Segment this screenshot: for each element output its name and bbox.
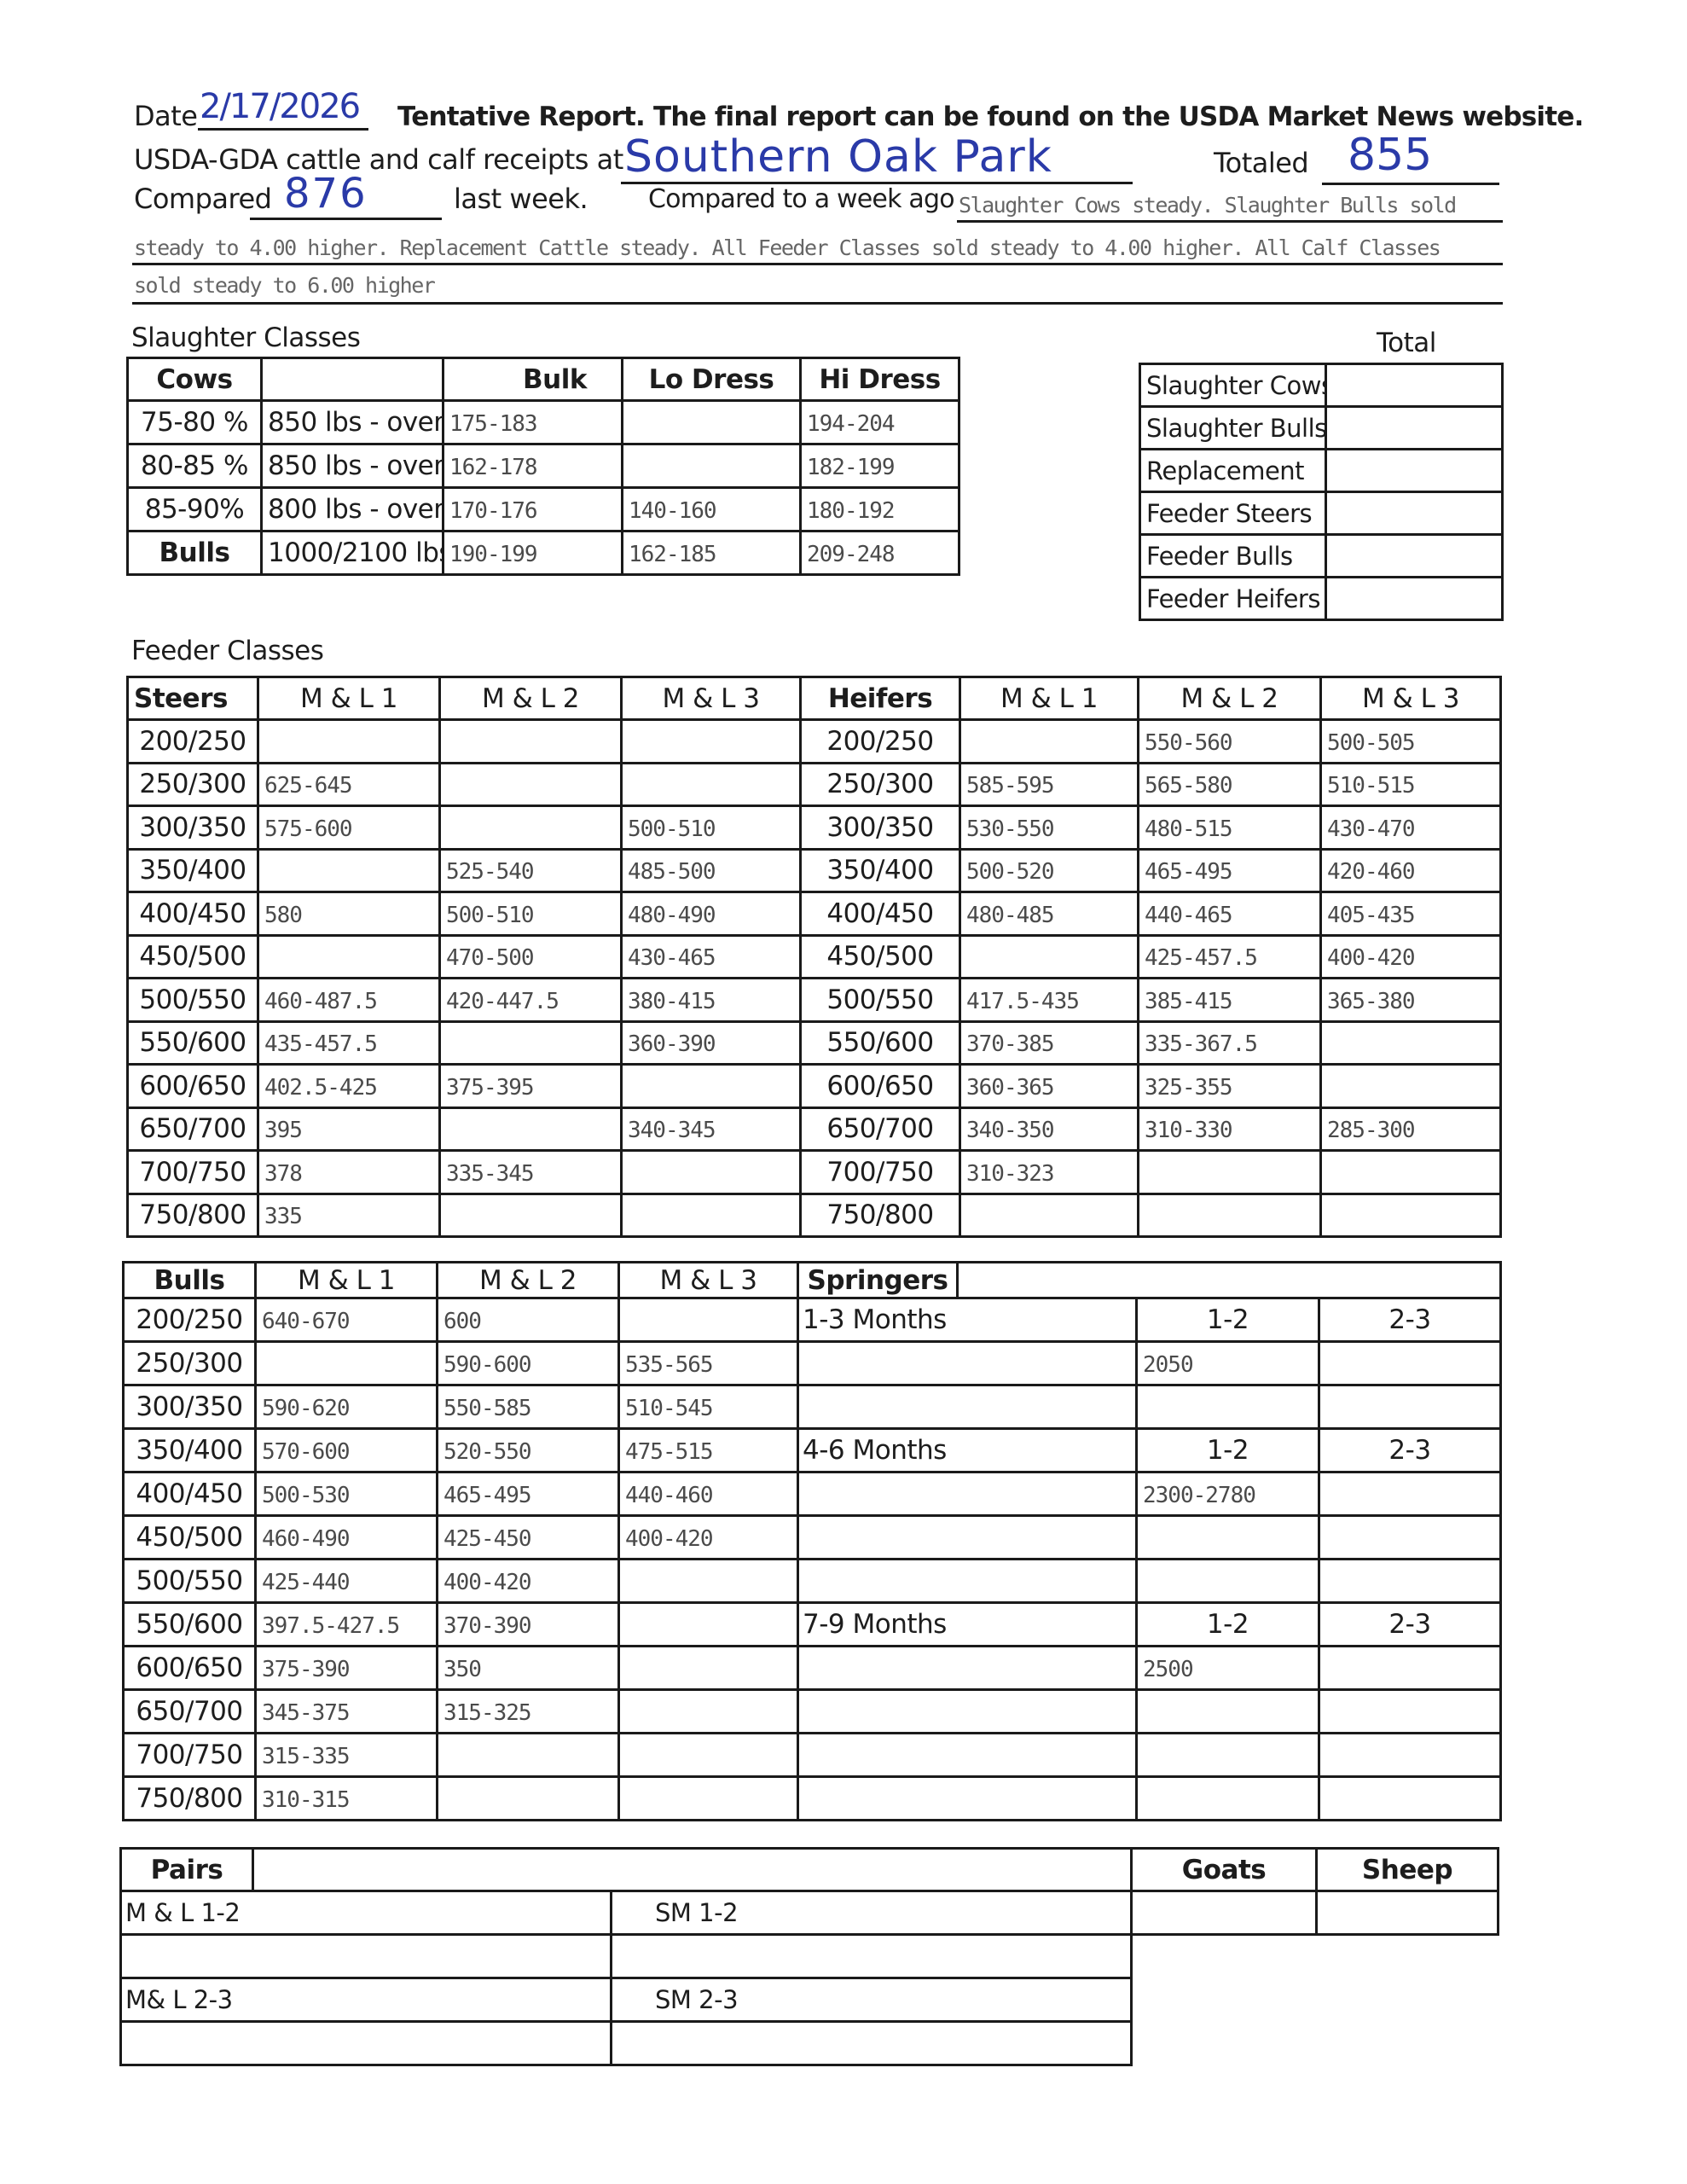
- springers-grade-2-3-cell[interactable]: [1319, 1734, 1501, 1777]
- pairs-title: Pairs: [121, 1849, 253, 1891]
- bulls-ml3-cell[interactable]: [619, 1734, 798, 1777]
- steers-ml1-cell[interactable]: 435-457.5: [258, 1021, 440, 1065]
- slaughter-lo-dress-cell[interactable]: [623, 444, 801, 488]
- col-header-bulls: Bulls: [124, 1263, 256, 1298]
- steers-ml2-cell[interactable]: [440, 1107, 622, 1151]
- heifers-ml2-cell[interactable]: [1139, 1151, 1321, 1194]
- steers-ml3-cell[interactable]: [622, 763, 801, 806]
- steers-ml3-cell[interactable]: [622, 1151, 801, 1194]
- totals-value-cell[interactable]: [1326, 364, 1503, 407]
- slaughter-lo-dress-cell[interactable]: 140-160: [623, 488, 801, 531]
- summary-line-1[interactable]: Slaughter Cows steady. Slaughter Bulls s…: [957, 189, 1503, 223]
- bulls-ml1-cell[interactable]: 345-375: [256, 1690, 438, 1734]
- springers-grade-1-2-cell[interactable]: [1137, 1516, 1319, 1560]
- heifers-ml1-cell[interactable]: 585-595: [960, 763, 1139, 806]
- feeder-row: 450/500470-500430-465450/500425-457.5400…: [128, 935, 1501, 979]
- heifers-ml1-cell-value: 530-550: [966, 816, 1054, 842]
- steers-ml1-cell[interactable]: 378: [258, 1151, 440, 1194]
- bulls-ml1-cell-value: 570-600: [262, 1439, 350, 1465]
- steers-ml3-cell[interactable]: [622, 1065, 801, 1108]
- summary-line-3[interactable]: sold steady to 6.00 higher: [132, 268, 1503, 305]
- totals-row: Feeder Steers: [1140, 492, 1503, 535]
- bulls-ml2-cell-value: 590-600: [443, 1352, 531, 1378]
- heifers-ml2-cell[interactable]: 465-495: [1139, 849, 1321, 892]
- bulls-ml3-cell[interactable]: 475-515: [619, 1429, 798, 1472]
- bulls-row: 500/550425-440400-420: [124, 1560, 1501, 1603]
- steers-ml3-cell-value: 380-415: [628, 989, 716, 1014]
- bulls-ml2-cell[interactable]: 315-325: [438, 1690, 619, 1734]
- heifers-ml2-cell-value: 325-355: [1145, 1075, 1232, 1101]
- pairs-row: M & L 1-2SM 1-2: [121, 1891, 1499, 1935]
- bulls-ml3-cell[interactable]: [619, 1560, 798, 1603]
- bulls-ml1-cell-value: 315-335: [262, 1744, 350, 1769]
- heifers-ml3-cell[interactable]: 405-435: [1321, 892, 1501, 936]
- steers-ml3-cell[interactable]: 500-510: [622, 806, 801, 850]
- steers-ml3-cell[interactable]: [622, 1194, 801, 1237]
- bulls-ml3-cell[interactable]: 510-545: [619, 1385, 798, 1429]
- heifers-ml3-cell[interactable]: [1321, 1021, 1501, 1065]
- slaughter-lo-dress-cell-value: 140-160: [629, 498, 716, 524]
- springers-grade-2-3-cell: 2-3: [1319, 1429, 1501, 1472]
- bulls-ml3-cell[interactable]: 535-565: [619, 1342, 798, 1385]
- steers-ml3-cell[interactable]: 340-345: [622, 1107, 801, 1151]
- heifers-ml3-cell[interactable]: [1321, 1194, 1501, 1237]
- steers-ml2-cell[interactable]: 500-510: [440, 892, 622, 936]
- bulls-weight: 450/500: [124, 1516, 256, 1560]
- slaughter-class: 80-85 %: [128, 444, 262, 488]
- steers-ml2-cell[interactable]: 335-345: [440, 1151, 622, 1194]
- steers-ml3-cell-value: 340-345: [628, 1118, 716, 1143]
- heifers-ml1-cell[interactable]: [960, 1194, 1139, 1237]
- pairs-right-cell: [612, 2022, 1132, 2065]
- bulls-row: 750/800310-315: [124, 1777, 1501, 1821]
- springers-age-label: [798, 1690, 1137, 1734]
- pairs-row: M& L 2-3SM 2-3: [121, 1978, 1499, 2022]
- slaughter-hi-dress-cell-value: 182-199: [807, 455, 895, 480]
- heifers-ml1-cell[interactable]: 310-323: [960, 1151, 1139, 1194]
- market-name-field[interactable]: Southern Oak Park: [621, 135, 1133, 184]
- pairs-left-cell: [121, 1935, 612, 1978]
- bulls-ml2-cell[interactable]: 590-600: [438, 1342, 619, 1385]
- bulls-weight: 600/650: [124, 1647, 256, 1690]
- springers-age-label: [798, 1734, 1137, 1777]
- heifers-ml2-cell[interactable]: 425-457.5: [1139, 935, 1321, 979]
- date-value: 2/17/2026: [200, 87, 359, 126]
- heifers-weight: 500/550: [801, 979, 960, 1022]
- springers-grade-1-2-cell-value: 2050: [1143, 1352, 1193, 1378]
- bulls-ml1-cell[interactable]: 500-530: [256, 1472, 438, 1516]
- col-header-steers-ml2: M & L 2: [440, 677, 622, 720]
- pairs-empty-space: [1132, 1978, 1499, 2022]
- receipts-label: USDA-GDA cattle and calf receipts at: [134, 143, 623, 176]
- totals-row: Slaughter Cows: [1140, 364, 1503, 407]
- steers-weight: 650/700: [128, 1107, 258, 1151]
- springers-grade-2-3-cell[interactable]: [1319, 1560, 1501, 1603]
- col-header-cows: Cows: [128, 358, 262, 401]
- bulls-weight: 750/800: [124, 1777, 256, 1821]
- totals-value-cell[interactable]: [1326, 535, 1503, 578]
- bulls-ml1-cell-value: 500-530: [262, 1483, 350, 1508]
- heifers-weight: 200/250: [801, 720, 960, 764]
- bulls-ml2-cell[interactable]: [438, 1777, 619, 1821]
- bulls-header-row: Bulls M & L 1 M & L 2 M & L 3 Springers: [124, 1263, 1501, 1298]
- bulls-ml3-cell[interactable]: 440-460: [619, 1472, 798, 1516]
- summary-text-3: sold steady to 6.00 higher: [134, 273, 434, 298]
- bulls-ml2-cell[interactable]: 350: [438, 1647, 619, 1690]
- steers-weight: 450/500: [128, 935, 258, 979]
- steers-ml2-cell-value: 420-447.5: [446, 989, 559, 1014]
- bulls-weight: 200/250: [124, 1298, 256, 1342]
- totals-row: Feeder Bulls: [1140, 535, 1503, 578]
- slaughter-bulk-cell[interactable]: 170-176: [443, 488, 623, 531]
- bulls-ml1-cell[interactable]: 397.5-427.5: [256, 1603, 438, 1647]
- bulls-weight: 300/350: [124, 1385, 256, 1429]
- heifers-weight: 300/350: [801, 806, 960, 850]
- bulls-weight: 400/450: [124, 1472, 256, 1516]
- bulls-ml1-cell[interactable]: 590-620: [256, 1385, 438, 1429]
- heifers-ml1-cell[interactable]: 530-550: [960, 806, 1139, 850]
- steers-ml1-cell[interactable]: [258, 720, 440, 764]
- steers-ml3-cell[interactable]: 360-390: [622, 1021, 801, 1065]
- heifers-ml3-cell[interactable]: 400-420: [1321, 935, 1501, 979]
- heifers-ml2-cell-value: 335-367.5: [1145, 1031, 1257, 1057]
- pairs-empty-space: [1132, 1935, 1499, 1978]
- heifers-ml2-cell[interactable]: 335-367.5: [1139, 1021, 1321, 1065]
- bulls-ml1-cell[interactable]: 310-315: [256, 1777, 438, 1821]
- springers-grade-2-3-cell[interactable]: [1319, 1516, 1501, 1560]
- springers-grade-1-2-cell[interactable]: [1137, 1734, 1319, 1777]
- heifers-weight: 250/300: [801, 763, 960, 806]
- totals-value-cell[interactable]: [1326, 578, 1503, 620]
- col-header-bulk: Bulk: [443, 358, 623, 401]
- bulls-springers-table: Bulls M & L 1 M & L 2 M & L 3 Springers …: [122, 1261, 1502, 1821]
- bulls-ml3-cell-value: 400-420: [625, 1526, 713, 1552]
- heifers-ml2-cell-value: 465-495: [1145, 859, 1232, 885]
- steers-ml3-cell-value: 360-390: [628, 1031, 716, 1057]
- springers-grade-1-2-cell[interactable]: [1137, 1385, 1319, 1429]
- springers-grade-2-3-cell[interactable]: [1319, 1342, 1501, 1385]
- slaughter-hi-dress-cell[interactable]: 182-199: [801, 444, 959, 488]
- bulls-ml1-cell-value: 460-490: [262, 1526, 350, 1552]
- slaughter-hi-dress-cell[interactable]: 209-248: [801, 531, 959, 575]
- springers-grade-1-2-cell[interactable]: [1137, 1690, 1319, 1734]
- bulls-ml2-cell[interactable]: 400-420: [438, 1560, 619, 1603]
- compared-value: 876: [284, 170, 368, 218]
- bulls-ml3-cell-value: 440-460: [625, 1483, 713, 1508]
- steers-ml1-cell-value: 575-600: [264, 816, 352, 842]
- heifers-ml3-cell[interactable]: 430-470: [1321, 806, 1501, 850]
- springers-age-label: [798, 1472, 1137, 1516]
- steers-ml1-cell[interactable]: 460-487.5: [258, 979, 440, 1022]
- totals-label: Slaughter Cows: [1140, 364, 1326, 407]
- steers-ml2-cell[interactable]: [440, 806, 622, 850]
- bulls-ml2-cell[interactable]: 370-390: [438, 1603, 619, 1647]
- bulls-ml2-cell[interactable]: [438, 1734, 619, 1777]
- totaled-value: 855: [1348, 130, 1432, 181]
- bulls-ml3-cell[interactable]: [619, 1647, 798, 1690]
- bulls-ml1-cell[interactable]: 425-440: [256, 1560, 438, 1603]
- bulls-ml2-cell[interactable]: 425-450: [438, 1516, 619, 1560]
- bulls-ml1-cell[interactable]: 375-390: [256, 1647, 438, 1690]
- heifers-ml1-cell[interactable]: 360-365: [960, 1065, 1139, 1108]
- steers-ml1-cell[interactable]: 335: [258, 1194, 440, 1237]
- heifers-ml1-cell-value: 417.5-435: [966, 989, 1079, 1014]
- steers-weight: 750/800: [128, 1194, 258, 1237]
- heifers-weight: 550/600: [801, 1021, 960, 1065]
- totals-table: Slaughter CowsSlaughter BullsReplacement…: [1139, 363, 1504, 621]
- bulls-row: 550/600397.5-427.5370-3907-9 Months1-22-…: [124, 1603, 1501, 1647]
- slaughter-bulk-cell-value: 170-176: [449, 498, 537, 524]
- pairs-row: [121, 1935, 1499, 1978]
- heifers-ml1-cell[interactable]: 480-485: [960, 892, 1139, 936]
- heifers-ml3-cell-value: 420-460: [1327, 859, 1415, 885]
- steers-ml1-cell[interactable]: 580: [258, 892, 440, 936]
- heifers-ml2-cell[interactable]: [1139, 1194, 1321, 1237]
- heifers-ml3-cell[interactable]: [1321, 1065, 1501, 1108]
- bulls-ml1-cell[interactable]: 460-490: [256, 1516, 438, 1560]
- springers-grade-2-3-cell[interactable]: [1319, 1385, 1501, 1429]
- steers-ml3-cell-value: 500-510: [628, 816, 716, 842]
- steers-ml2-cell[interactable]: 470-500: [440, 935, 622, 979]
- week-ago-label: Compared to a week ago: [648, 184, 954, 214]
- pairs-left-cell: [121, 2022, 612, 2065]
- bulls-ml2-cell-value: 315-325: [443, 1700, 531, 1726]
- springers-grade-1-2-cell: 1-2: [1137, 1429, 1319, 1472]
- steers-ml1-cell[interactable]: 575-600: [258, 806, 440, 850]
- slaughter-header-row: Cows Bulk Lo Dress Hi Dress: [128, 358, 959, 401]
- col-header-weight: [262, 358, 443, 401]
- steers-ml2-cell[interactable]: [440, 1194, 622, 1237]
- steers-weight: 200/250: [128, 720, 258, 764]
- steers-ml2-cell[interactable]: 375-395: [440, 1065, 622, 1108]
- heifers-ml2-cell[interactable]: 310-330: [1139, 1107, 1321, 1151]
- slaughter-row: 85-90%800 lbs - over170-176140-160180-19…: [128, 488, 959, 531]
- steers-ml3-cell-value: 480-490: [628, 903, 716, 928]
- totals-value-cell[interactable]: [1326, 492, 1503, 535]
- steers-ml1-cell[interactable]: [258, 935, 440, 979]
- steers-ml2-cell[interactable]: [440, 720, 622, 764]
- totaled-label: Totaled: [1214, 147, 1308, 179]
- springers-grade-1-2-cell: 1-2: [1137, 1603, 1319, 1647]
- heifers-ml1-cell[interactable]: 500-520: [960, 849, 1139, 892]
- bulls-row: 250/300590-600535-5652050: [124, 1342, 1501, 1385]
- bulls-ml1-cell[interactable]: 640-670: [256, 1298, 438, 1342]
- slaughter-hi-dress-cell[interactable]: 194-204: [801, 401, 959, 444]
- col-header-heifers-ml3: M & L 3: [1321, 677, 1501, 720]
- col-header-steers-ml1: M & L 1: [258, 677, 440, 720]
- springers-grade-1-2-cell[interactable]: 2500: [1137, 1647, 1319, 1690]
- bulls-ml1-cell[interactable]: 315-335: [256, 1734, 438, 1777]
- bulls-ml2-cell-value: 520-550: [443, 1439, 531, 1465]
- steers-weight: 250/300: [128, 763, 258, 806]
- heifers-ml3-cell-value: 365-380: [1327, 989, 1415, 1014]
- feeder-row: 500/550460-487.5420-447.5380-415500/5504…: [128, 979, 1501, 1022]
- col-header-hi-dress: Hi Dress: [801, 358, 959, 401]
- springers-grade-1-2-cell[interactable]: 2300-2780: [1137, 1472, 1319, 1516]
- bulls-ml1-cell-value: 397.5-427.5: [262, 1613, 399, 1639]
- heifers-ml3-cell[interactable]: 510-515: [1321, 763, 1501, 806]
- bulls-row: 400/450500-530465-495440-4602300-2780: [124, 1472, 1501, 1516]
- bulls-ml3-cell[interactable]: [619, 1777, 798, 1821]
- heifers-ml3-cell[interactable]: 285-300: [1321, 1107, 1501, 1151]
- springers-age-label: 1-3 Months: [798, 1298, 1137, 1342]
- slaughter-bulk-cell[interactable]: 190-199: [443, 531, 623, 575]
- steers-ml3-cell[interactable]: 380-415: [622, 979, 801, 1022]
- heifers-ml3-cell[interactable]: 420-460: [1321, 849, 1501, 892]
- goats-value-cell[interactable]: [1132, 1891, 1317, 1935]
- bulls-ml3-cell[interactable]: 400-420: [619, 1516, 798, 1560]
- slaughter-class: Bulls: [128, 531, 262, 575]
- bulls-ml1-cell[interactable]: 570-600: [256, 1429, 438, 1472]
- totals-label: Feeder Steers: [1140, 492, 1326, 535]
- sheep-value-cell[interactable]: [1317, 1891, 1499, 1935]
- heifers-ml2-cell[interactable]: 385-415: [1139, 979, 1321, 1022]
- compared-field[interactable]: 876: [250, 175, 442, 220]
- slaughter-row: 80-85 %850 lbs - over162-178182-199: [128, 444, 959, 488]
- steers-ml3-cell[interactable]: 430-465: [622, 935, 801, 979]
- heifers-ml2-cell[interactable]: 480-515: [1139, 806, 1321, 850]
- slaughter-bulk-cell[interactable]: 175-183: [443, 401, 623, 444]
- col-header-heifers-ml1: M & L 1: [960, 677, 1139, 720]
- slaughter-row: 75-80 %850 lbs - over175-183194-204: [128, 401, 959, 444]
- heifers-ml1-cell[interactable]: [960, 720, 1139, 764]
- heifers-ml3-cell[interactable]: [1321, 1151, 1501, 1194]
- heifers-ml3-cell[interactable]: 500-505: [1321, 720, 1501, 764]
- slaughter-weight: 800 lbs - over: [262, 488, 443, 531]
- steers-ml2-cell[interactable]: [440, 763, 622, 806]
- feeder-row: 350/400525-540485-500350/400500-520465-4…: [128, 849, 1501, 892]
- springers-grade-2-3-cell: 2-3: [1319, 1298, 1501, 1342]
- steers-ml1-cell-value: 378: [264, 1161, 302, 1187]
- heifers-ml2-cell-value: 310-330: [1145, 1118, 1232, 1143]
- summary-line-2[interactable]: steady to 4.00 higher. Replacement Cattl…: [132, 229, 1503, 265]
- heifers-ml3-cell-value: 405-435: [1327, 903, 1415, 928]
- feeder-row: 250/300625-645250/300585-595565-580510-5…: [128, 763, 1501, 806]
- bulls-row: 350/400570-600520-550475-5154-6 Months1-…: [124, 1429, 1501, 1472]
- heifers-ml2-cell[interactable]: 440-465: [1139, 892, 1321, 936]
- slaughter-lo-dress-cell[interactable]: 162-185: [623, 531, 801, 575]
- pairs-header-blank: [253, 1849, 1132, 1891]
- steers-ml1-cell[interactable]: [258, 849, 440, 892]
- slaughter-class: 75-80 %: [128, 401, 262, 444]
- feeder-header-row: Steers M & L 1 M & L 2 M & L 3 Heifers M…: [128, 677, 1501, 720]
- steers-ml2-cell[interactable]: 420-447.5: [440, 979, 622, 1022]
- col-header-bulls-ml1: M & L 1: [256, 1263, 438, 1298]
- slaughter-hi-dress-cell[interactable]: 180-192: [801, 488, 959, 531]
- heifers-ml1-cell[interactable]: 370-385: [960, 1021, 1139, 1065]
- steers-weight: 300/350: [128, 806, 258, 850]
- heifers-ml1-cell[interactable]: 340-350: [960, 1107, 1139, 1151]
- steers-weight: 700/750: [128, 1151, 258, 1194]
- pairs-right-cell: SM 1-2: [612, 1891, 1132, 1935]
- totals-value-cell[interactable]: [1326, 407, 1503, 450]
- bulls-ml3-cell-value: 535-565: [625, 1352, 713, 1378]
- slaughter-classes-title: Slaughter Classes: [131, 322, 360, 353]
- bulls-row: 200/250640-6706001-3 Months1-22-3: [124, 1298, 1501, 1342]
- feeder-row: 300/350575-600500-510300/350530-550480-5…: [128, 806, 1501, 850]
- heifers-ml2-cell[interactable]: 550-560: [1139, 720, 1321, 764]
- totals-title: Total: [1377, 328, 1436, 358]
- feeder-row: 400/450580500-510480-490400/450480-48544…: [128, 892, 1501, 936]
- feeder-row: 550/600435-457.5360-390550/600370-385335…: [128, 1021, 1501, 1065]
- bulls-weight: 650/700: [124, 1690, 256, 1734]
- date-field[interactable]: 2/17/2026: [198, 85, 368, 131]
- springers-grade-1-2-cell[interactable]: [1137, 1560, 1319, 1603]
- bulls-ml1-cell[interactable]: [256, 1342, 438, 1385]
- steers-ml1-cell[interactable]: 402.5-425: [258, 1065, 440, 1108]
- heifers-ml2-cell-value: 425-457.5: [1145, 945, 1257, 971]
- springers-age-label: [798, 1516, 1137, 1560]
- springers-grade-2-3-cell[interactable]: [1319, 1690, 1501, 1734]
- heifers-ml1-cell[interactable]: [960, 935, 1139, 979]
- heifers-ml2-cell[interactable]: 565-580: [1139, 763, 1321, 806]
- heifers-ml3-cell[interactable]: 365-380: [1321, 979, 1501, 1022]
- pairs-header-row: Pairs Goats Sheep: [121, 1849, 1499, 1891]
- sheep-label: Sheep: [1317, 1849, 1499, 1891]
- bulls-ml2-cell[interactable]: 600: [438, 1298, 619, 1342]
- bulls-ml2-cell[interactable]: 550-585: [438, 1385, 619, 1429]
- bulls-ml2-cell[interactable]: 520-550: [438, 1429, 619, 1472]
- slaughter-weight: 850 lbs - over: [262, 401, 443, 444]
- springers-grade-2-3-cell[interactable]: [1319, 1472, 1501, 1516]
- steers-ml2-cell-value: 525-540: [446, 859, 534, 885]
- feeder-row: 750/800335750/800: [128, 1194, 1501, 1237]
- steers-ml2-cell[interactable]: [440, 1021, 622, 1065]
- steers-ml1-cell[interactable]: 395: [258, 1107, 440, 1151]
- totaled-field[interactable]: 855: [1322, 135, 1499, 185]
- bulls-ml2-cell-value: 600: [443, 1309, 481, 1334]
- bulls-row: 650/700345-375315-325: [124, 1690, 1501, 1734]
- bulls-ml2-cell[interactable]: 465-495: [438, 1472, 619, 1516]
- totals-value-cell[interactable]: [1326, 450, 1503, 492]
- bulls-ml3-cell[interactable]: [619, 1298, 798, 1342]
- slaughter-hi-dress-cell-value: 194-204: [807, 411, 895, 437]
- steers-ml1-cell[interactable]: 625-645: [258, 763, 440, 806]
- slaughter-lo-dress-cell[interactable]: [623, 401, 801, 444]
- heifers-ml1-cell-value: 480-485: [966, 903, 1054, 928]
- heifers-ml2-cell[interactable]: 325-355: [1139, 1065, 1321, 1108]
- steers-ml3-cell[interactable]: 485-500: [622, 849, 801, 892]
- feeder-table: Steers M & L 1 M & L 2 M & L 3 Heifers M…: [126, 676, 1502, 1238]
- steers-ml3-cell[interactable]: 480-490: [622, 892, 801, 936]
- totals-label: Feeder Heifers: [1140, 578, 1326, 620]
- slaughter-hi-dress-cell-value: 209-248: [807, 542, 895, 567]
- steers-weight: 400/450: [128, 892, 258, 936]
- steers-ml3-cell[interactable]: [622, 720, 801, 764]
- springers-grade-1-2-cell[interactable]: 2050: [1137, 1342, 1319, 1385]
- slaughter-bulk-cell[interactable]: 162-178: [443, 444, 623, 488]
- bulls-ml3-cell[interactable]: [619, 1690, 798, 1734]
- feeder-row: 650/700395340-345650/700340-350310-33028…: [128, 1107, 1501, 1151]
- springers-grade-2-3-cell[interactable]: [1319, 1777, 1501, 1821]
- heifers-ml1-cell[interactable]: 417.5-435: [960, 979, 1139, 1022]
- goats-label: Goats: [1132, 1849, 1317, 1891]
- springers-grade-1-2-cell[interactable]: [1137, 1777, 1319, 1821]
- heifers-ml2-cell-value: 480-515: [1145, 816, 1232, 842]
- slaughter-weight: 850 lbs - over: [262, 444, 443, 488]
- totals-label: Replacement: [1140, 450, 1326, 492]
- bulls-ml3-cell[interactable]: [619, 1603, 798, 1647]
- springers-grade-2-3-cell[interactable]: [1319, 1647, 1501, 1690]
- steers-ml2-cell[interactable]: 525-540: [440, 849, 622, 892]
- steers-weight: 600/650: [128, 1065, 258, 1108]
- col-header-lo-dress: Lo Dress: [623, 358, 801, 401]
- slaughter-lo-dress-cell-value: 162-185: [629, 542, 716, 567]
- steers-ml1-cell-value: 402.5-425: [264, 1075, 377, 1101]
- heifers-weight: 600/650: [801, 1065, 960, 1108]
- steers-ml3-cell-value: 430-465: [628, 945, 716, 971]
- heifers-ml1-cell-value: 370-385: [966, 1031, 1054, 1057]
